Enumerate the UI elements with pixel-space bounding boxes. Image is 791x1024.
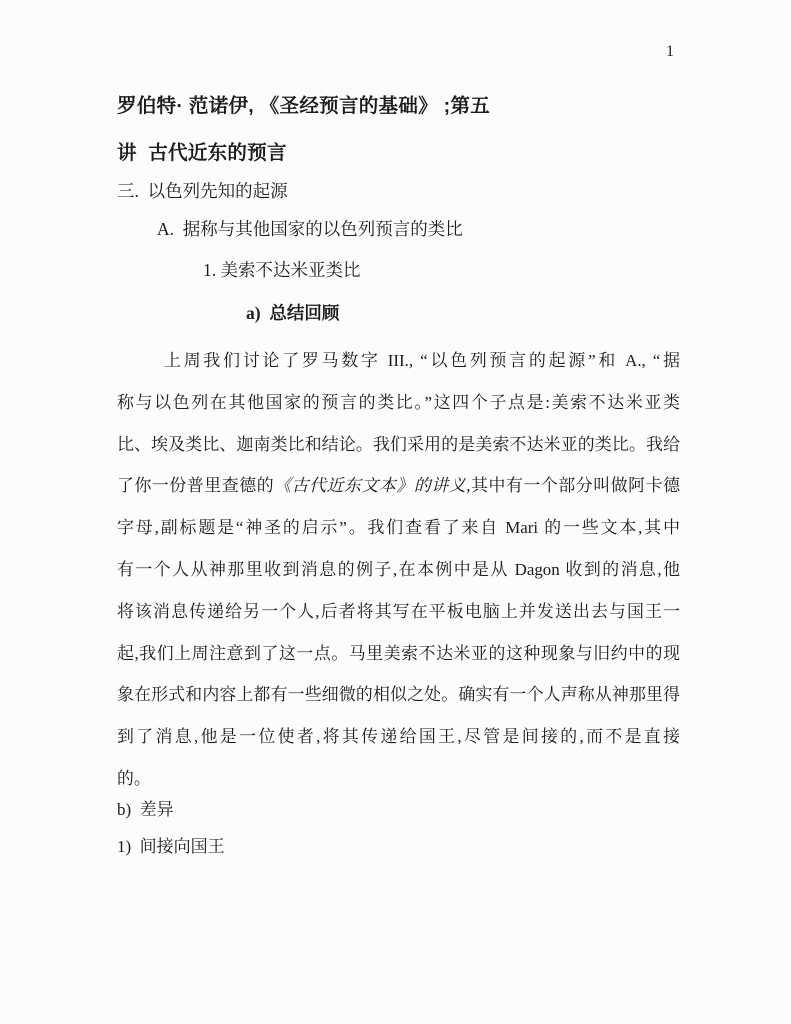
paragraph-line: 称与以色列在其他国家的预言的类比。”这四个子点是:美索不达米亚类 <box>117 382 680 424</box>
paragraph-line: 上周我们讨论了罗马数字 III., “以色列预言的起源”和 A., “据 <box>117 340 680 382</box>
outline-heading-level-2: A. 据称与其他国家的以色列预言的类比 <box>157 221 463 239</box>
outline-heading-level-4: a) 总结回顾 <box>246 305 339 323</box>
outline-heading-level-3: 1. 美索不达米亚类比 <box>203 262 361 280</box>
body-paragraph: 上周我们讨论了罗马数字 III., “以色列预言的起源”和 A., “据 称与以… <box>117 340 680 800</box>
paragraph-line: 字母,副标题是“神圣的启示”。我们查看了来自 Mari 的一些文本,其中 <box>117 507 680 549</box>
paragraph-line: 比、埃及类比、迦南类比和结论。我们采用的是美索不达米亚的类比。我给 <box>117 424 680 466</box>
outline-heading-level-1: 三. 以色列先知的起源 <box>117 183 288 201</box>
paragraph-line: 有一个人从神那里收到消息的例子,在本例中是从 Dagon 收到的消息,他 <box>117 549 680 591</box>
subpoint-1-indirect-to-king: 1) 间接向国王 <box>117 838 225 857</box>
paragraph-line: 起,我们上周注意到了这一点。马里美索不达米亚的这种现象与旧约中的现 <box>117 633 680 675</box>
paragraph-line-with-book-title: 了你一份普里查德的《古代近东文本》的讲义,其中有一个部分叫做阿卡德 <box>117 465 680 507</box>
paragraph-line: 将该消息传递给另一个人,后者将其写在平板电脑上并发送出去与国王一 <box>117 591 680 633</box>
document-title-line-2: 讲 古代近东的预言 <box>117 144 287 164</box>
paragraph-line: 到了消息,他是一位使者,将其传递给国王,尽管是间接的,而不是直接 <box>117 716 680 758</box>
paragraph-line: 象在形式和内容上都有一些细微的相似之处。确实有一个人声称从神那里得 <box>117 674 680 716</box>
book-title-italic: 《古代近东文本》的讲义 <box>274 476 466 495</box>
paragraph-line: 的。 <box>117 758 680 800</box>
document-page: 1 罗伯特· 范诺伊, 《圣经预言的基础》 ;第五 讲 古代近东的预言 三. 以… <box>0 0 791 1024</box>
page-number: 1 <box>666 44 674 60</box>
subpoint-b-differences: b) 差异 <box>117 801 174 820</box>
line4-post-text: ,其中有一个部分叫做阿卡德 <box>466 476 680 495</box>
line4-pre-text: 了你一份普里查德的 <box>117 476 274 495</box>
document-title-line-1: 罗伯特· 范诺伊, 《圣经预言的基础》 ;第五 <box>117 97 490 117</box>
